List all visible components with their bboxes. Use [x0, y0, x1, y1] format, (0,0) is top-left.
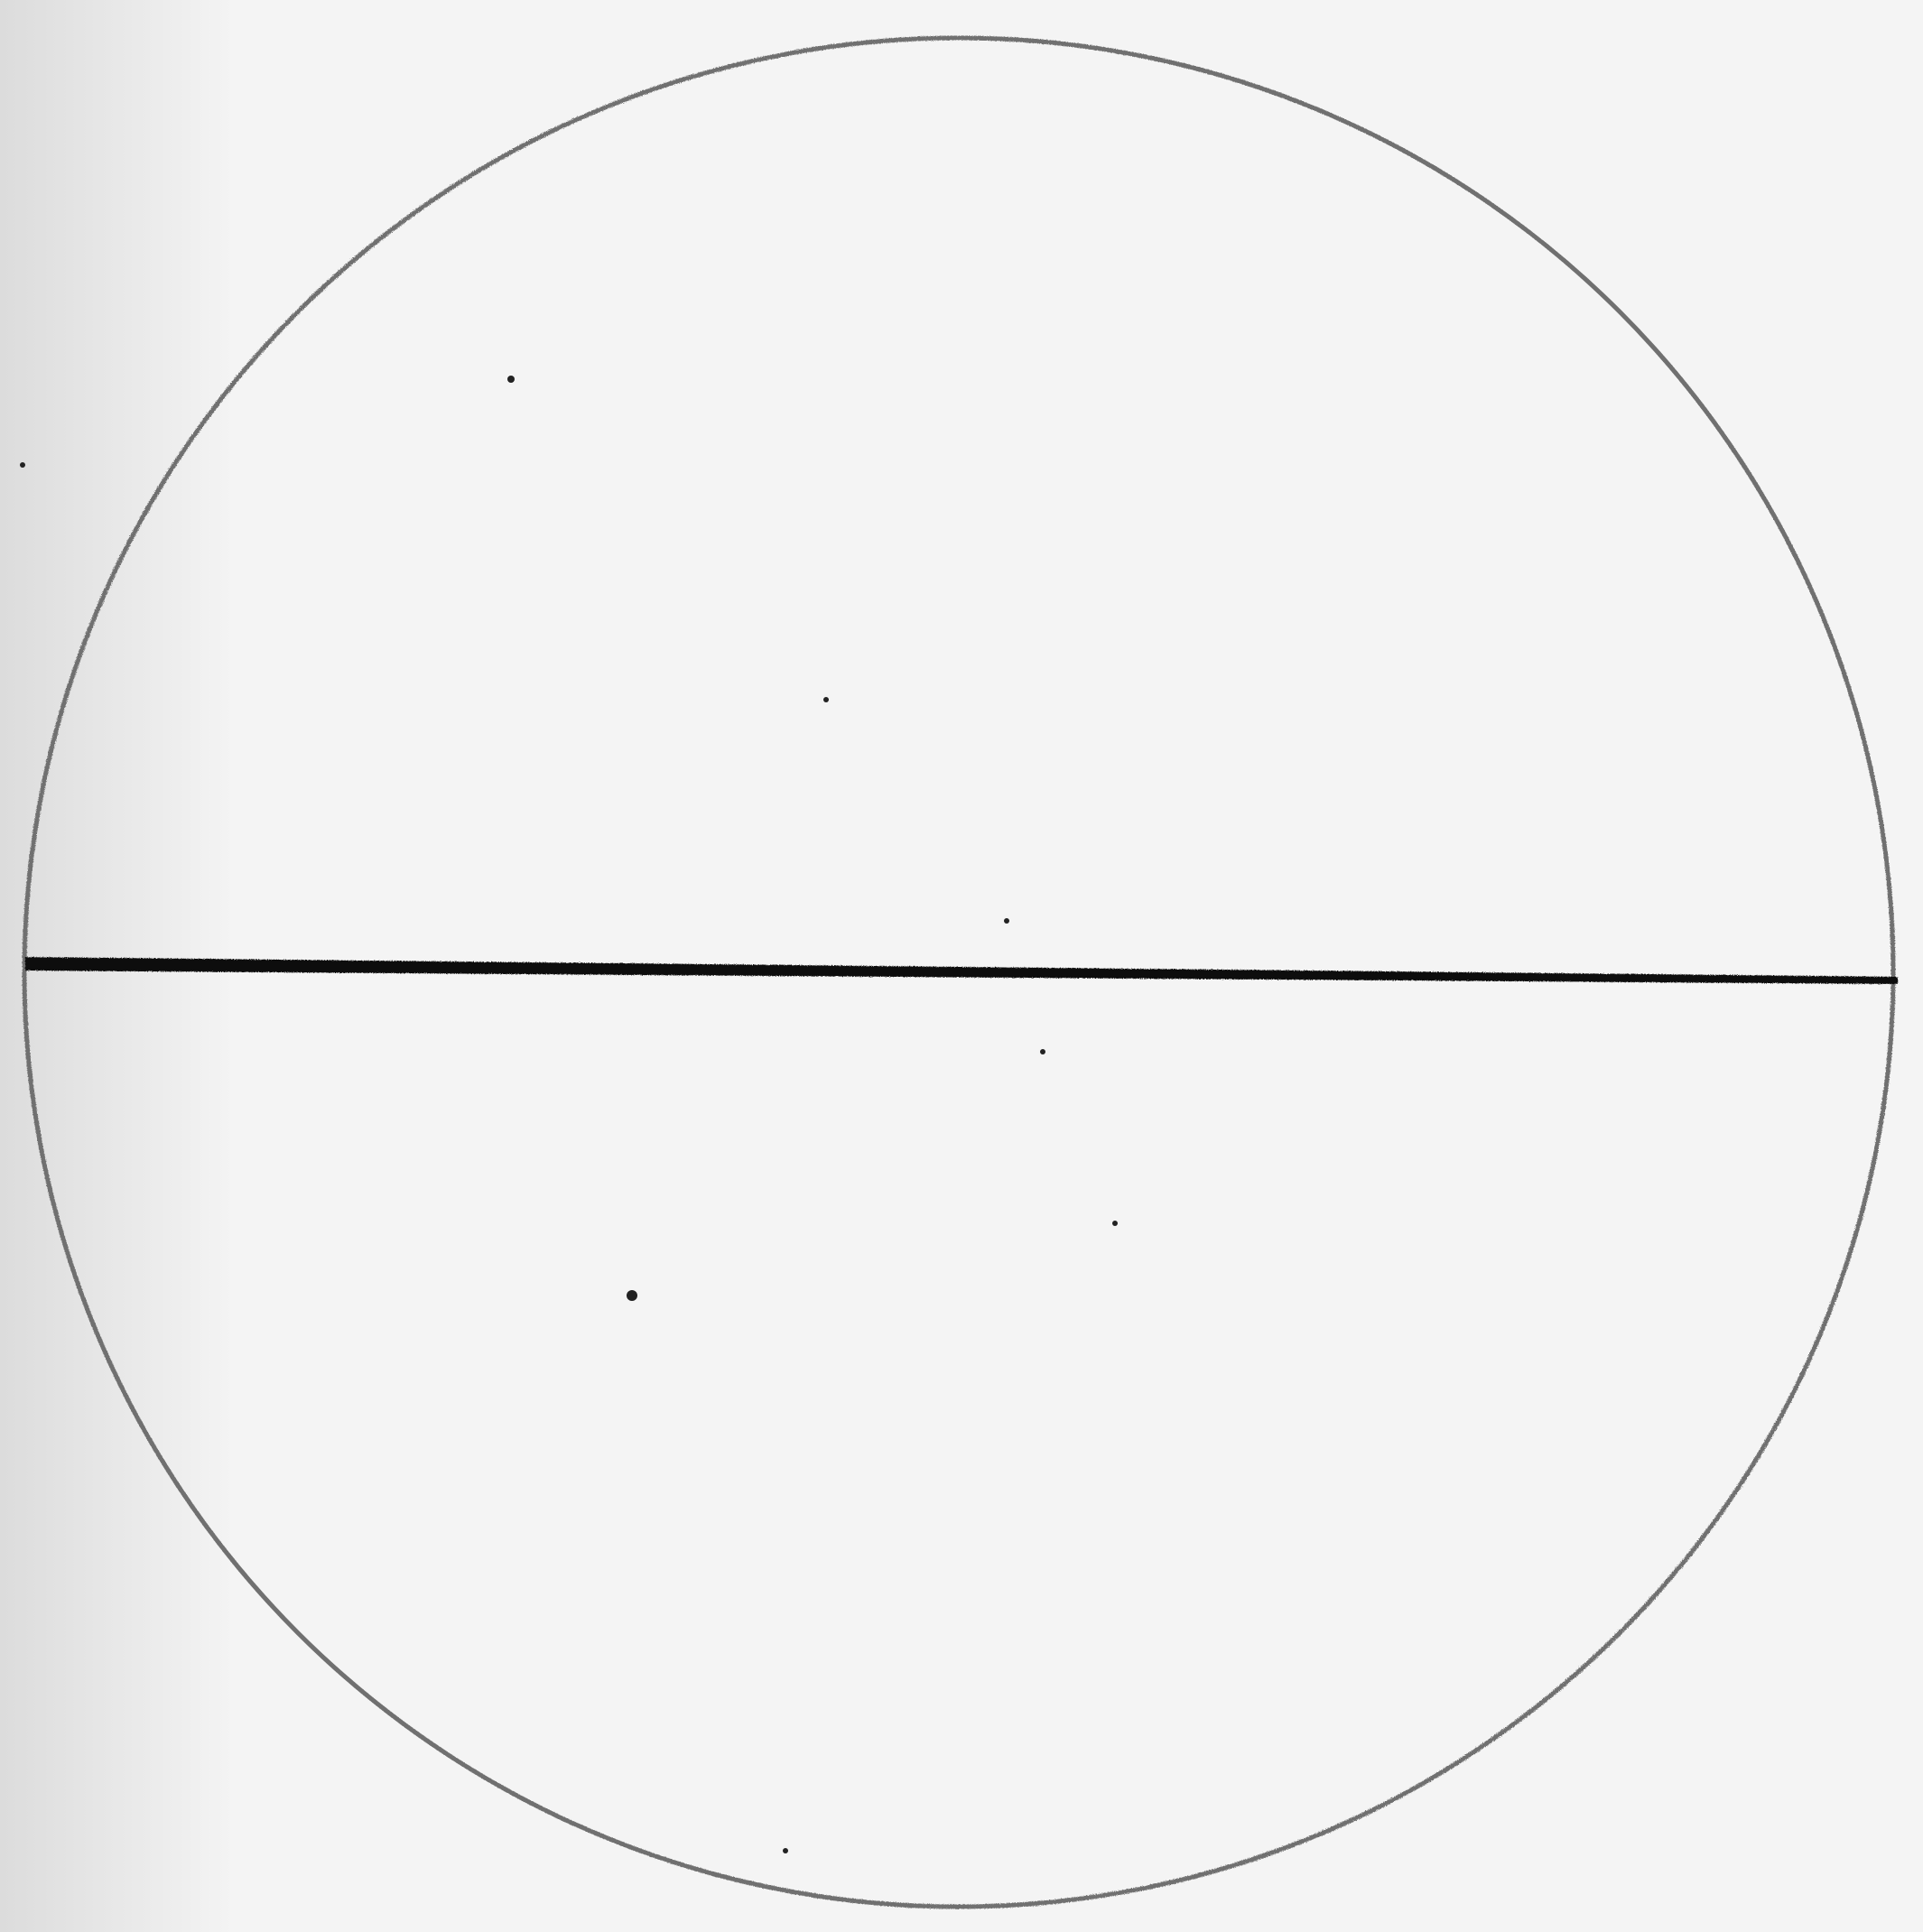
drawing-canvas [0, 0, 1923, 1932]
diameter-line [25, 957, 1898, 984]
paper-specks [20, 376, 1118, 1853]
